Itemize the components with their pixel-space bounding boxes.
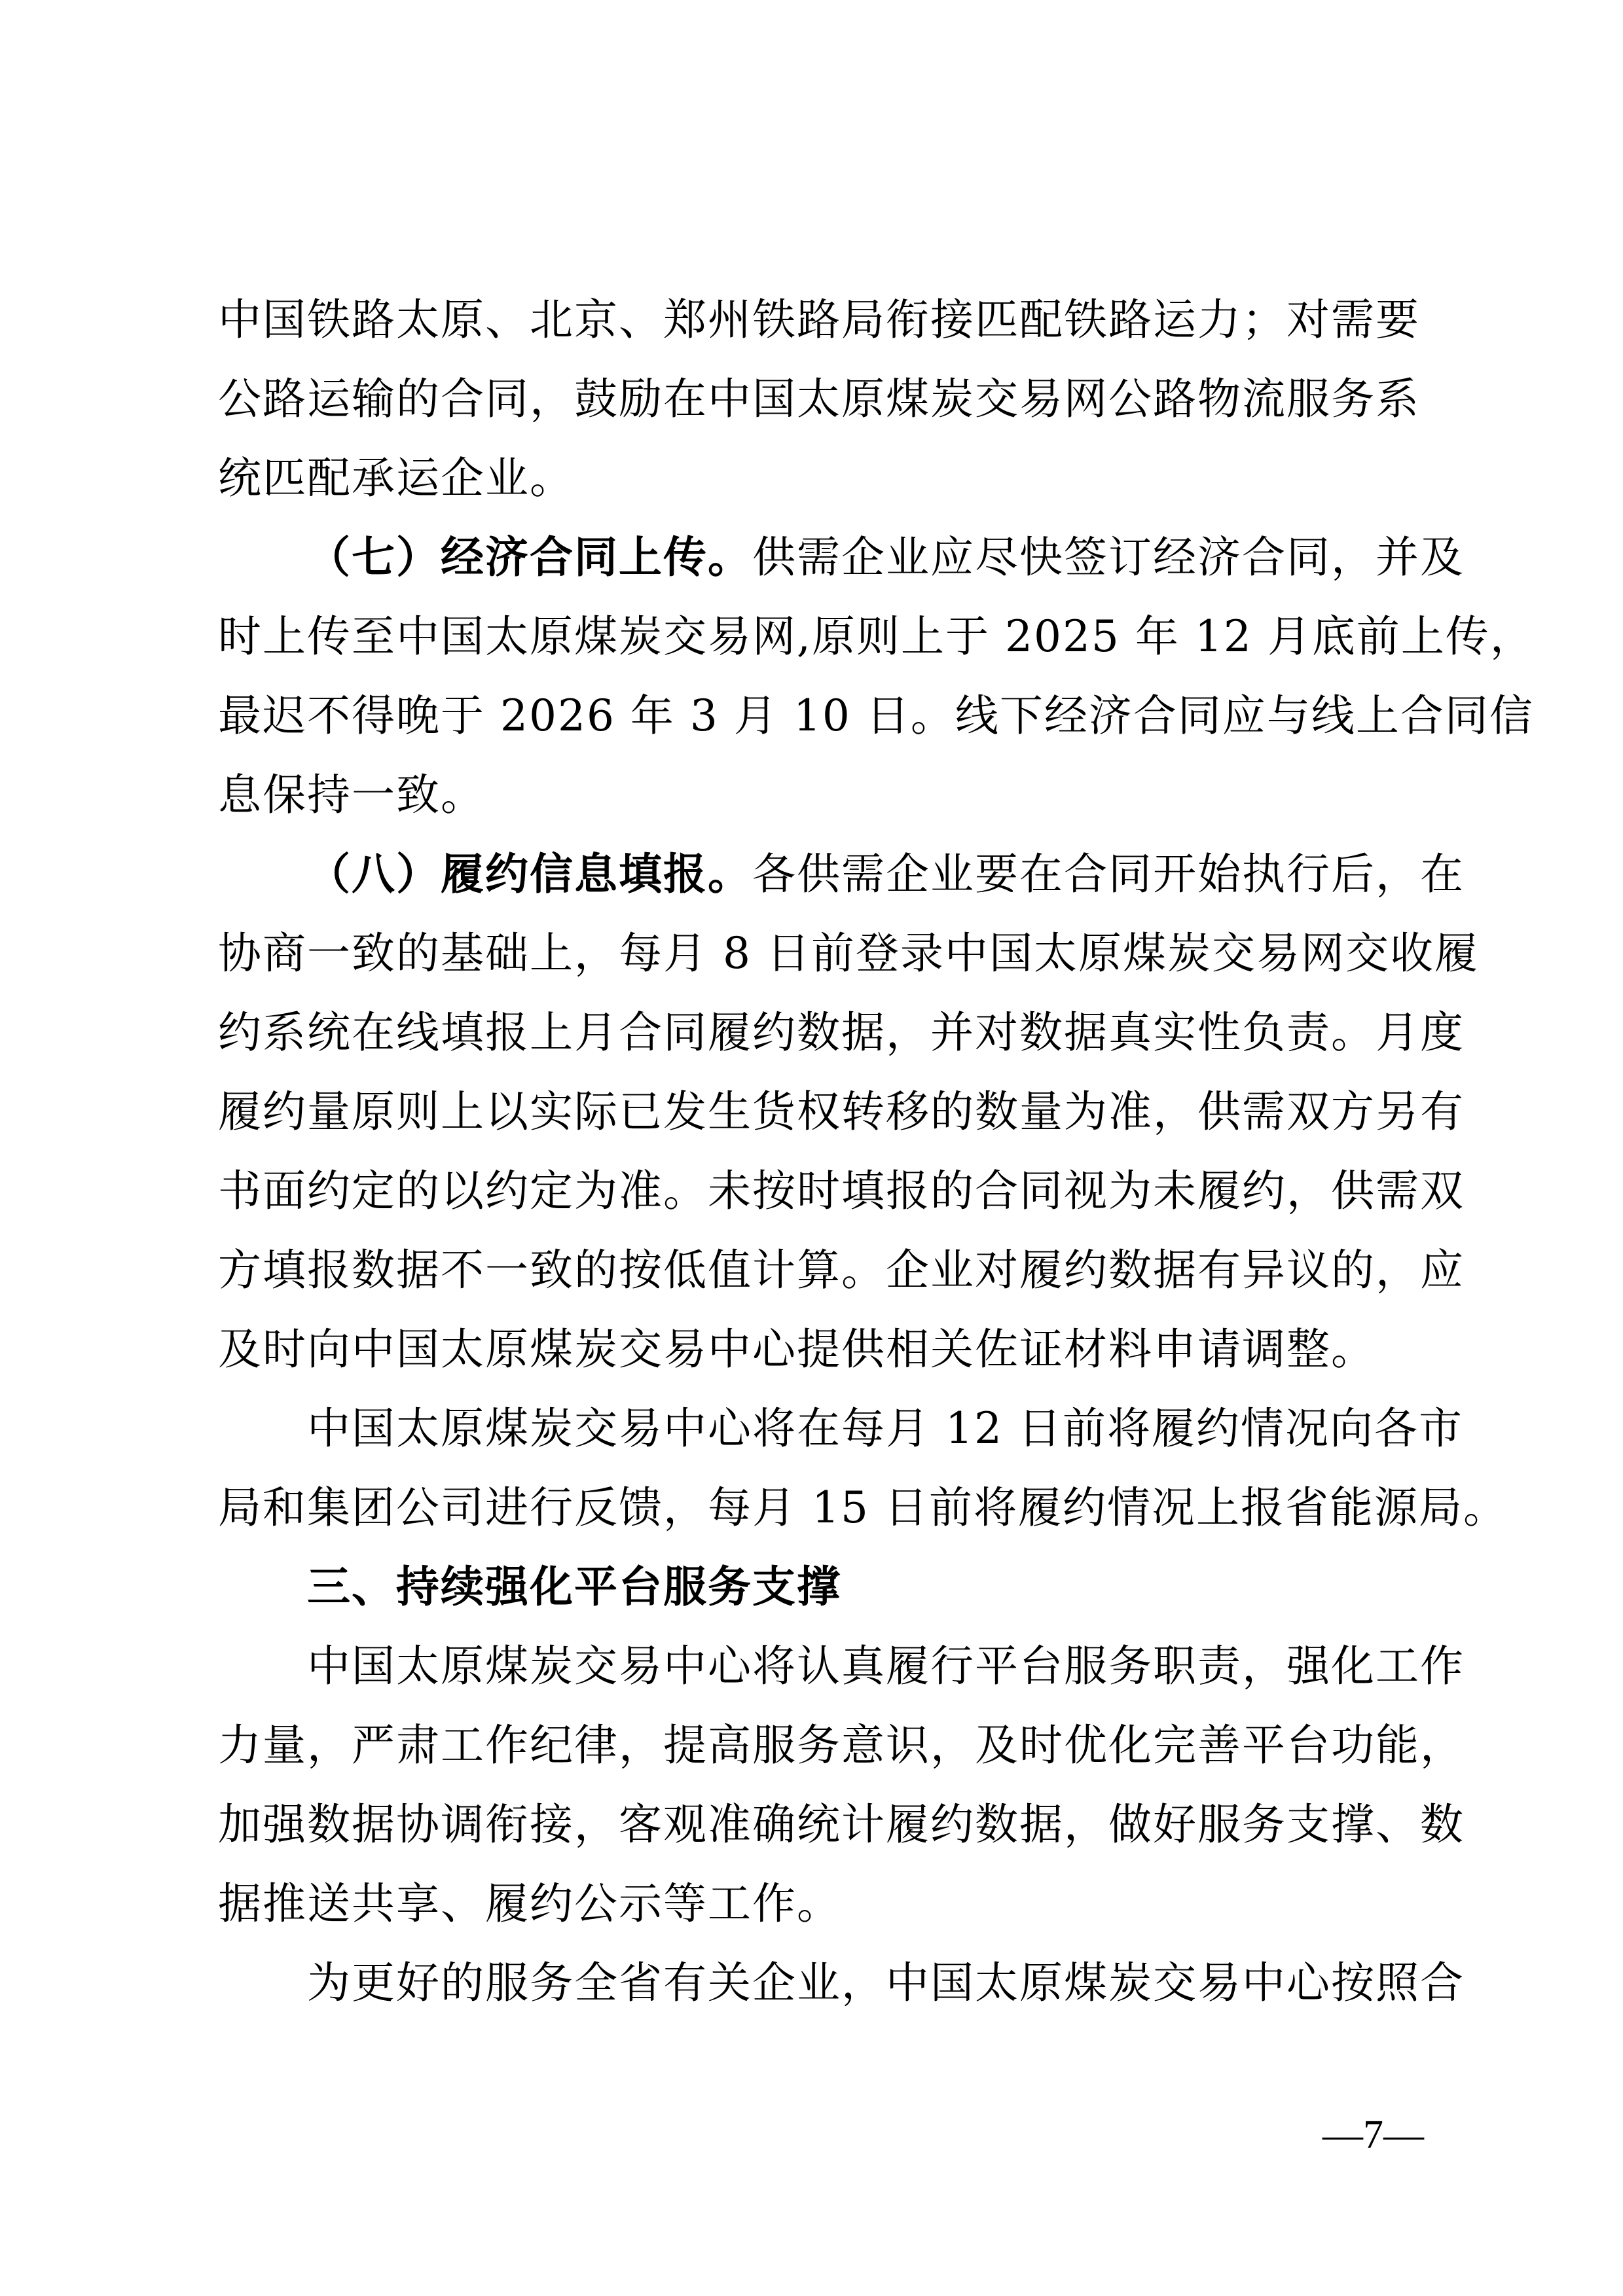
page-number: —7— bbox=[1322, 2109, 1424, 2161]
paragraph-line: 约系统在线填报上月合同履约数据，并对数据真实性负责。月度 bbox=[218, 993, 1420, 1072]
paragraph-line: 公路运输的合同，鼓励在中国太原煤炭交易网公路物流服务系 bbox=[218, 359, 1420, 439]
paragraph-line: 时上传至中国太原煤炭交易网,原则上于 2025 年 12 月底前上传， bbox=[218, 597, 1420, 676]
paragraph-line: 最迟不得晚于 2026 年 3 月 10 日。线下经济合同应与线上合同信 bbox=[218, 676, 1420, 755]
paragraph-line: 据推送共享、履约公示等工作。 bbox=[218, 1864, 1420, 1943]
section-seven-text: 供需企业应尽快签订经济合同，并及 bbox=[752, 532, 1465, 583]
paragraph-line: 书面约定的以约定为准。未按时填报的合同视为未履约，供需双 bbox=[218, 1151, 1420, 1230]
section-seven-title: （七）经济合同上传。 bbox=[307, 532, 752, 583]
paragraph-line: 息保持一致。 bbox=[218, 755, 1420, 834]
paragraph-line: 为更好的服务全省有关企业，中国太原煤炭交易中心按照合 bbox=[218, 1943, 1420, 2022]
paragraph-line: 力量，严肃工作纪律，提高服务意识，及时优化完善平台功能， bbox=[218, 1706, 1420, 1785]
paragraph-line: 中国铁路太原、北京、郑州铁路局衔接匹配铁路运力；对需要 bbox=[218, 280, 1420, 359]
paragraph-line: 方填报数据不一致的按低值计算。企业对履约数据有异议的，应 bbox=[218, 1230, 1420, 1310]
paragraph-line: 局和集团公司进行反馈，每月 15 日前将履约情况上报省能源局。 bbox=[218, 1468, 1420, 1547]
paragraph-line: 履约量原则上以实际已发生货权转移的数量为准，供需双方另有 bbox=[218, 1072, 1420, 1151]
paragraph-line: 加强数据协调衔接，客观准确统计履约数据，做好服务支撑、数 bbox=[218, 1785, 1420, 1864]
section-eight-text: 各供需企业要在合同开始执行后，在 bbox=[752, 849, 1465, 899]
section-seven-line: （七）经济合同上传。供需企业应尽快签订经济合同，并及 bbox=[218, 518, 1420, 597]
paragraph-line: 协商一致的基础上，每月 8 日前登录中国太原煤炭交易网交收履 bbox=[218, 914, 1420, 993]
section-three-heading: 三、持续强化平台服务支撑 bbox=[218, 1547, 1420, 1626]
document-page: 中国铁路太原、北京、郑州铁路局衔接匹配铁路运力；对需要 公路运输的合同，鼓励在中… bbox=[0, 0, 1623, 2296]
paragraph-line: 中国太原煤炭交易中心将在每月 12 日前将履约情况向各市 bbox=[218, 1389, 1420, 1468]
section-eight-title: （八）履约信息填报。 bbox=[307, 849, 752, 899]
paragraph-line: 统匹配承运企业。 bbox=[218, 439, 1420, 518]
body-text: 中国铁路太原、北京、郑州铁路局衔接匹配铁路运力；对需要 公路运输的合同，鼓励在中… bbox=[218, 280, 1420, 2022]
paragraph-line: 中国太原煤炭交易中心将认真履行平台服务职责，强化工作 bbox=[218, 1626, 1420, 1706]
section-eight-line: （八）履约信息填报。各供需企业要在合同开始执行后，在 bbox=[218, 834, 1420, 914]
paragraph-line: 及时向中国太原煤炭交易中心提供相关佐证材料申请调整。 bbox=[218, 1310, 1420, 1389]
